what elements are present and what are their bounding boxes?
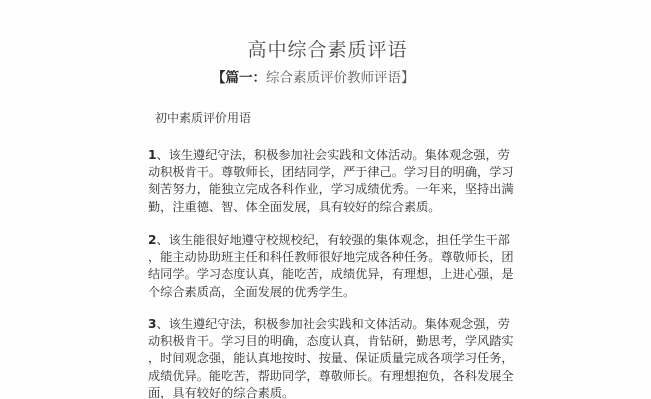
- paragraph-line: 个综合素质高，全面发展的优秀学生。: [148, 284, 460, 301]
- document-title: 高中综合素质评语: [0, 35, 651, 62]
- paragraph-line: 成绩优异。能吃苦，帮助同学，尊敬师长。有理想抱负，各科发展全: [148, 368, 460, 385]
- paragraph-line: 勤，注重德、智、体全面发展，具有较好的综合素质。: [148, 199, 460, 216]
- paragraph-line: 1、该生遵纪守法，积极参加社会实践和文体活动。集体观念强，劳: [148, 147, 460, 164]
- line-text: 、该生遵纪守法，积极参加社会实践和文体活动。集体观念强，劳: [156, 148, 509, 162]
- line-text: 、该生遵纪守法，积极参加社会实践和文体活动。集体观念强，劳: [156, 317, 509, 331]
- subtitle-lead: 【篇一：: [212, 70, 266, 86]
- evaluation-paragraph-3: 3、该生遵纪守法，积极参加社会实践和文体活动。集体观念强，劳 动积极肯干。学习目…: [148, 316, 460, 399]
- evaluation-paragraph-2: 2、该生能很好地遵守校规校纪，有较强的集体观念，担任学生干部 ，能主动协助班主任…: [148, 232, 460, 301]
- paragraph-line: 结同学。学习态度认真，能吃苦，成绩优异，有理想，上进心强，是: [148, 266, 460, 283]
- paragraph-line: 刻苦努力，能独立完成各科作业，学习成绩优秀。一年来，坚持出满: [148, 181, 460, 198]
- paragraph-line: 面，具有较好的综合素质。: [148, 385, 460, 399]
- section-heading: 初中素质评价用语: [155, 109, 251, 126]
- subtitle-rest: 综合素质评价教师评语】: [266, 70, 415, 86]
- paragraph-line: ，能主动协助班主任和科任教师很好地完成各种任务。尊敬师长，团: [148, 249, 460, 266]
- paragraph-line: 2、该生能很好地遵守校规校纪，有较强的集体观念，担任学生干部: [148, 232, 460, 249]
- line-text: 、该生能很好地遵守校规校纪，有较强的集体观念，担任学生干部: [156, 233, 509, 247]
- paragraph-line: 动积极肯干。学习目的明确，态度认真，肯钻研，勤思考，学风踏实: [148, 333, 460, 350]
- document-subtitle: 【篇一：综合素质评价教师评语】: [212, 66, 415, 86]
- paragraph-line: ，时间观念强，能认真地按时、按量、保证质量完成各项学习任务，: [148, 350, 460, 367]
- evaluation-paragraph-1: 1、该生遵纪守法，积极参加社会实践和文体活动。集体观念强，劳 动积极肯干。尊敬师…: [148, 147, 460, 216]
- paragraph-line: 3、该生遵纪守法，积极参加社会实践和文体活动。集体观念强，劳: [148, 316, 460, 333]
- paragraph-line: 动积极肯干。尊敬师长，团结同学，严于律己。学习目的明确，学习: [148, 164, 460, 181]
- document-page: 高中综合素质评语 【篇一：综合素质评价教师评语】 初中素质评价用语 1、该生遵纪…: [0, 0, 651, 399]
